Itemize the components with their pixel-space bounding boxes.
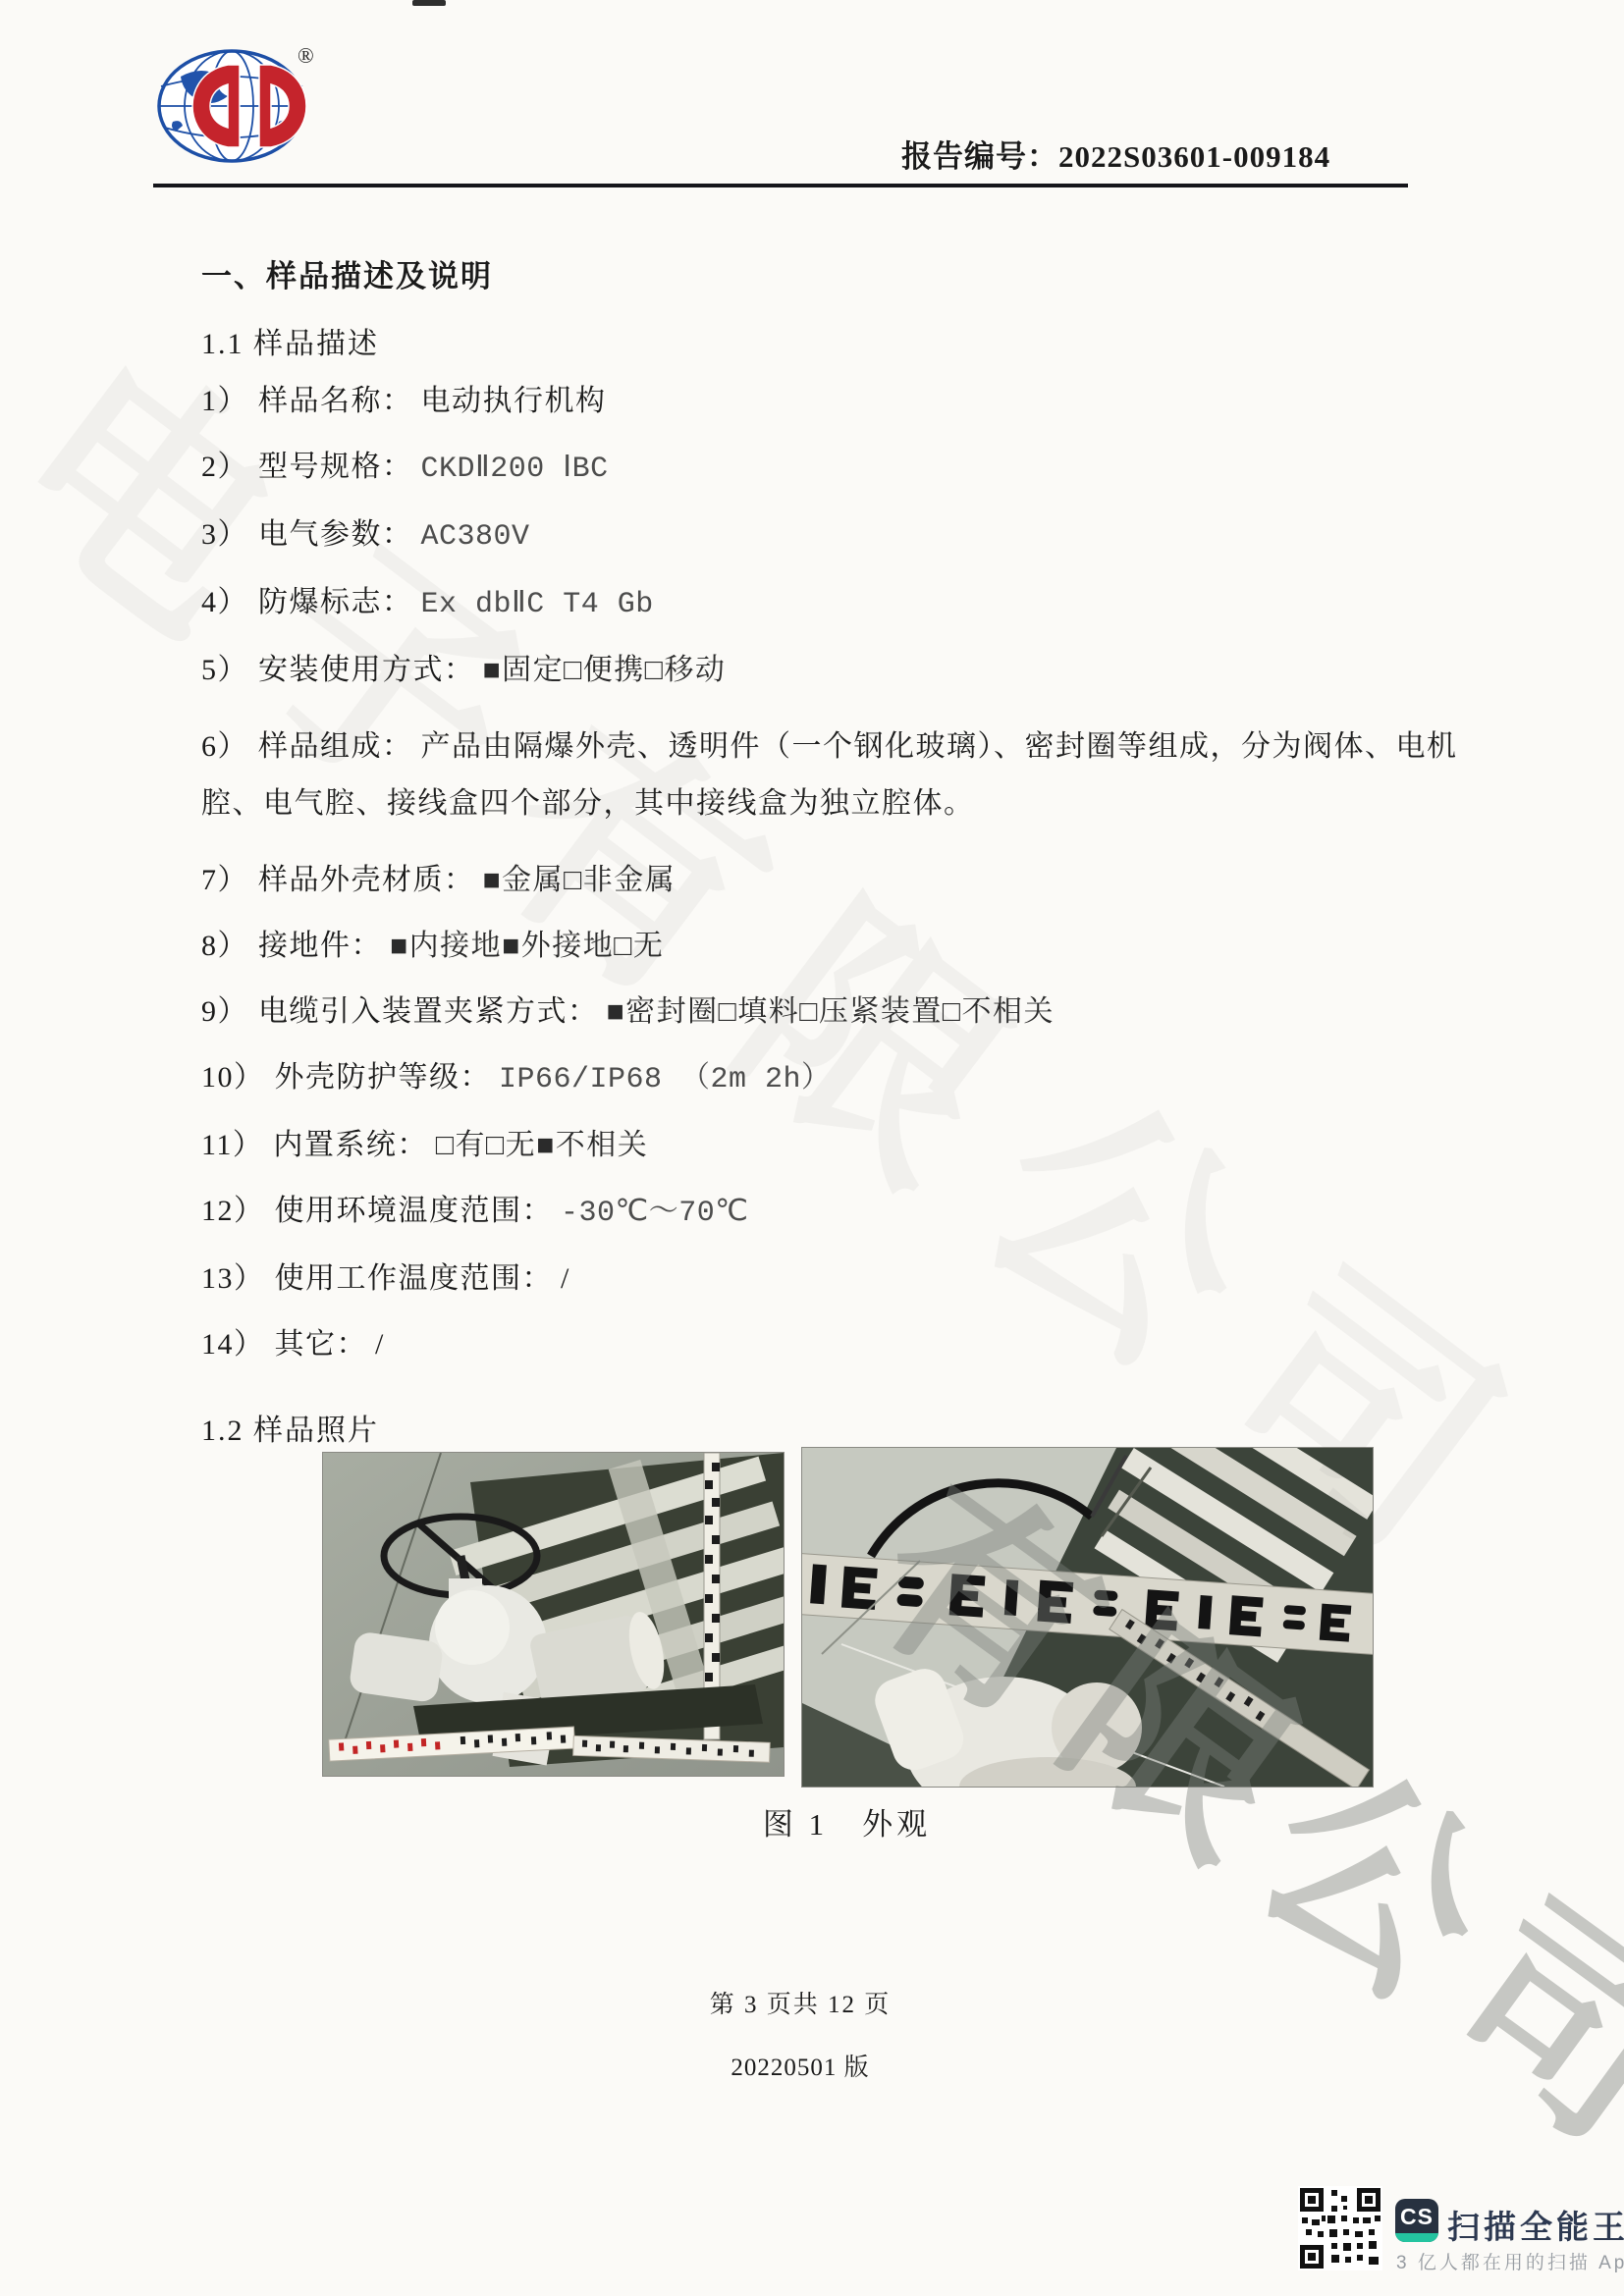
camscanner-logo: CS [1395, 2199, 1438, 2242]
version-number: 20220501 版 [0, 2048, 1600, 2083]
camscanner-logo-text: CS [1395, 2199, 1438, 2234]
description-item: 11）内置系统：□有□无■不相关 [201, 1128, 1488, 1163]
camscanner-qr-code [1298, 2186, 1382, 2270]
description-item: 10）外壳防护等级：IP66/IP68 （2m 2h） [201, 1060, 1488, 1097]
description-item: 4）防爆标志：Ex dbⅡC T4 Gb [201, 585, 1488, 622]
camscanner-app-name: 扫描全能王 [1447, 2202, 1624, 2248]
camscanner-tagline: 3 亿人都在用的扫描 App [1396, 2248, 1624, 2274]
description-item: 7）样品外壳材质：■金属□非金属 [201, 863, 1488, 898]
registered-trademark-icon: ® [298, 43, 314, 69]
description-item: 2）型号规格：CKDⅡ200 ⅠBC [201, 450, 1488, 487]
description-item: 14）其它：/ [201, 1327, 1488, 1362]
header-divider [153, 184, 1408, 187]
sample-description-section: 一、样品描述及说明 1.1 样品描述 1）样品名称：电动执行机构2）型号规格：C… [201, 251, 1488, 1393]
sample-photo-left [322, 1452, 785, 1777]
description-item: 5）安装使用方式：■固定□便携□移动 [201, 653, 1488, 688]
description-item: 9）电缆引入装置夹紧方式：■密封圈□填料□压紧装置□不相关 [201, 994, 1488, 1030]
page-number: 第 3 页共 12 页 [0, 1985, 1600, 2020]
description-item: 3）电气参数：AC380V [201, 517, 1488, 555]
company-logo [153, 37, 316, 173]
description-item: 1）样品名称：电动执行机构 [201, 384, 1488, 419]
section-title: 一、样品描述及说明 [201, 251, 1488, 295]
document-page: ® 报告编号：2022S03601-009184 电子有限公司 一、样品描述及说… [0, 0, 1624, 2296]
description-item: 12）使用环境温度范围：-30℃～70℃ [201, 1194, 1488, 1231]
subsection-1-1: 1.1 样品描述 [201, 319, 1488, 362]
description-item: 13）使用工作温度范围：/ [201, 1261, 1488, 1297]
figure-caption: 图 1 外观 [322, 1799, 1372, 1843]
report-number-value: 2022S03601-009184 [1058, 139, 1330, 174]
sample-photo-right [801, 1447, 1374, 1788]
camscanner-logo-strip [1395, 2233, 1438, 2242]
report-number: 报告编号：2022S03601-009184 [901, 132, 1330, 176]
description-items: 1）样品名称：电动执行机构2）型号规格：CKDⅡ200 ⅠBC3）电气参数：AC… [201, 384, 1488, 1362]
description-item: 6）样品组成：产品由隔爆外壳、透明件（一个钢化玻璃）、密封圈等组成，分为阀体、电… [201, 719, 1483, 832]
subsection-1-2: 1.2 样品照片 [201, 1406, 379, 1449]
scan-artifact [412, 0, 446, 6]
report-number-label: 报告编号： [901, 139, 1058, 174]
description-item: 8）接地件：■内接地■外接地□无 [201, 929, 1488, 964]
